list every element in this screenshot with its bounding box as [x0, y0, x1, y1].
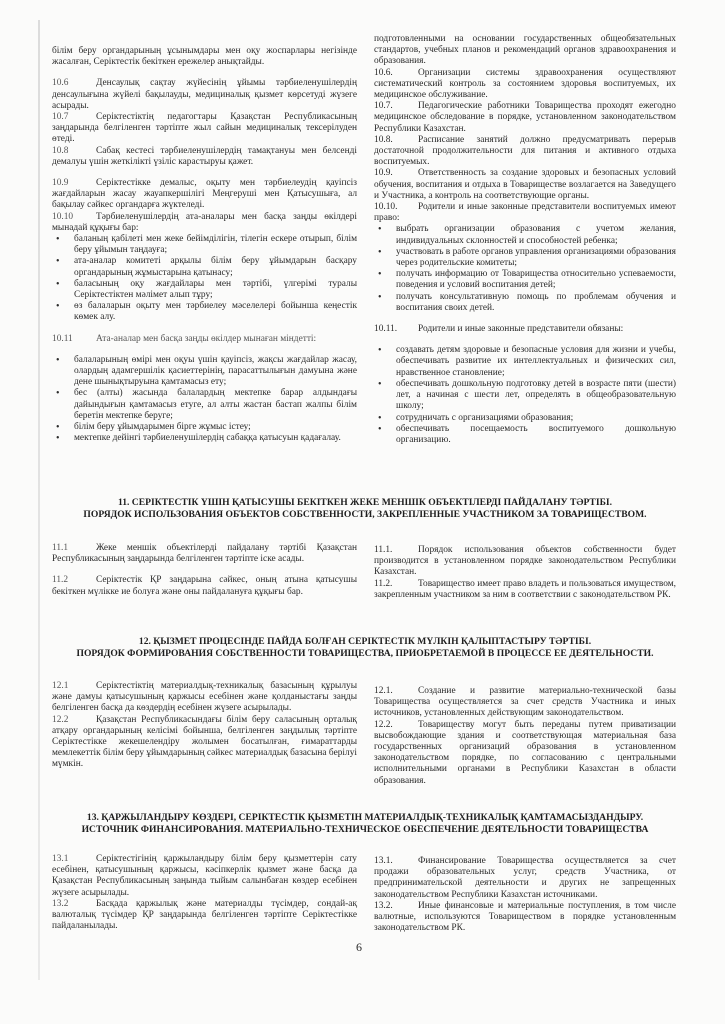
kz-10-11: 10.11Ата-аналар мен басқа заңды өкілдер … — [52, 334, 357, 345]
kz-12-2: 12.2Қазақстан Республикасындағы білім бе… — [52, 715, 357, 771]
ru-13-1: 13.1.Финансирование Товарищества осущест… — [374, 856, 676, 901]
section-13-heading: 13. ҚАРЖЫЛАНДЫРУ КӨЗДЕРІ, СЕРІКТЕСТІК ҚЫ… — [40, 812, 690, 836]
list-item: мектепке дейінгі тәрбиеленушілердің саба… — [74, 433, 357, 444]
kz-column-section-13: 13.1Серіктестігінің қаржыландыру білім б… — [52, 854, 357, 932]
ru-column-section-12: 12.1.Создание и развитие материально-тех… — [374, 686, 676, 787]
list-item: обеспечивать посещаемость воспитуемого д… — [396, 424, 676, 446]
kz-11-2: 11.2Серіктестік ҚР заңдарына сәйкес, оны… — [52, 575, 357, 597]
kz-column-section-11: 11.1Жеке меншік объектілерді пайдалану т… — [52, 543, 357, 598]
ru-intro: подготовленными на основании государстве… — [374, 34, 676, 68]
list-item: білім беру ұйымдарымен бірге жұмыс істеу… — [74, 422, 357, 433]
list-item: получать консультативную помощь по пробл… — [396, 292, 676, 314]
kz-10-9: 10.9Серіктестікке демалыс, оқыту мен тәр… — [52, 178, 357, 212]
kz-intro: білім беру органдарының ұсынымдары мен о… — [52, 46, 357, 68]
list-item: балаларының өмірі мен оқуы үшін қауіпсіз… — [74, 355, 357, 389]
kz-10-6: 10.6Денсаулық сақтау жүйесінің ұйымы тәр… — [52, 78, 357, 112]
kz-10-7: 10.7Серіктестіктің педагогтары Қазақстан… — [52, 112, 357, 146]
ru-10-7: 10.7.Педагогические работники Товарищест… — [374, 101, 676, 135]
ru-10-9: 10.9.Ответственность за создание здоровы… — [374, 168, 676, 202]
list-item: создавать детям здоровые и безопасные ус… — [396, 345, 676, 379]
ru-10-10-list: выбрать организации образования с учетом… — [374, 224, 676, 314]
list-item: участвовать в работе органов управления … — [396, 247, 676, 269]
kz-10-10: 10.10Тәрбиеленушілердің ата-аналары мен … — [52, 212, 357, 234]
ru-column-section-13: 13.1.Финансирование Товарищества осущест… — [374, 856, 676, 934]
list-item: бес (алты) жасында балалардың мектепке б… — [74, 388, 357, 422]
list-item: сотрудничать с организациями образования… — [396, 413, 676, 424]
ru-12-2: 12.2.Товариществу могут быть переданы пу… — [374, 720, 676, 787]
kz-13-1: 13.1Серіктестігінің қаржыландыру білім б… — [52, 854, 357, 899]
ru-column-section-11: 11.1.Порядок использования объектов собс… — [374, 545, 676, 601]
kz-column-section-10: білім беру органдарының ұсынымдары мен о… — [52, 46, 357, 445]
kz-11-1: 11.1Жеке меншік объектілерді пайдалану т… — [52, 543, 357, 565]
kz-13-2: 13.2Басқада қаржылық және материалды түс… — [52, 899, 357, 933]
ru-11-2: 11.2.Товарищество имеет право владеть и … — [374, 579, 676, 601]
kz-10-8: 10.8Сабақ кестесі тәрбиеленушілердің там… — [52, 146, 357, 168]
kz-12-1: 12.1Серіктестіктің материалдық-техникалы… — [52, 681, 357, 715]
ru-12-1: 12.1.Создание и развитие материально-тех… — [374, 686, 676, 720]
ru-10-8: 10.8.Расписание занятий должно предусмат… — [374, 135, 676, 169]
section-12-heading: 12. ҚЫЗМЕТ ПРОЦЕСІНДЕ ПАЙДА БОЛҒАН СЕРІК… — [40, 636, 690, 660]
list-item: ата-аналар комитеті арқылы білім беру ұй… — [74, 256, 357, 278]
ru-13-2: 13.2.Иные финансовые и материальные пост… — [374, 901, 676, 935]
list-item: выбрать организации образования с учетом… — [396, 224, 676, 246]
kz-10-10-list: баланың қабілеті мен жеке бейімділігін, … — [52, 234, 357, 324]
ru-11-1: 11.1.Порядок использования объектов собс… — [374, 545, 676, 579]
list-item: обеспечивать дошкольную подготовку детей… — [396, 379, 676, 413]
document-page: білім беру органдарының ұсынымдары мен о… — [0, 0, 725, 1024]
ru-10-11-list: создавать детям здоровые и безопасные ус… — [374, 345, 676, 446]
list-item: баланың қабілеті мен жеке бейімділігін, … — [74, 234, 357, 256]
list-item: получать информацию от Товарищества отно… — [396, 269, 676, 291]
ru-column-section-10: подготовленными на основании государстве… — [374, 34, 676, 446]
section-11-heading: 11. СЕРІКТЕСТІК ҮШІН ҚАТЫСУШЫ БЕКІТКЕН Ж… — [40, 497, 690, 521]
kz-column-section-12: 12.1Серіктестіктің материалдық-техникалы… — [52, 681, 357, 771]
list-item: баласының оқу жағдайлары мен тәртібі, үл… — [74, 279, 357, 301]
ru-10-6: 10.6.Организации системы здравоохранения… — [374, 68, 676, 102]
ru-10-10: 10.10.Родители и иные законные представи… — [374, 202, 676, 224]
page-number: 6 — [356, 940, 362, 955]
list-item: өз балаларын оқыту мен тәрбиелеу мәселел… — [74, 301, 357, 323]
ru-10-11: 10.11.Родители и иные законные представи… — [374, 324, 676, 335]
kz-10-11-list: балаларының өмірі мен оқуы үшін қауіпсіз… — [52, 355, 357, 445]
